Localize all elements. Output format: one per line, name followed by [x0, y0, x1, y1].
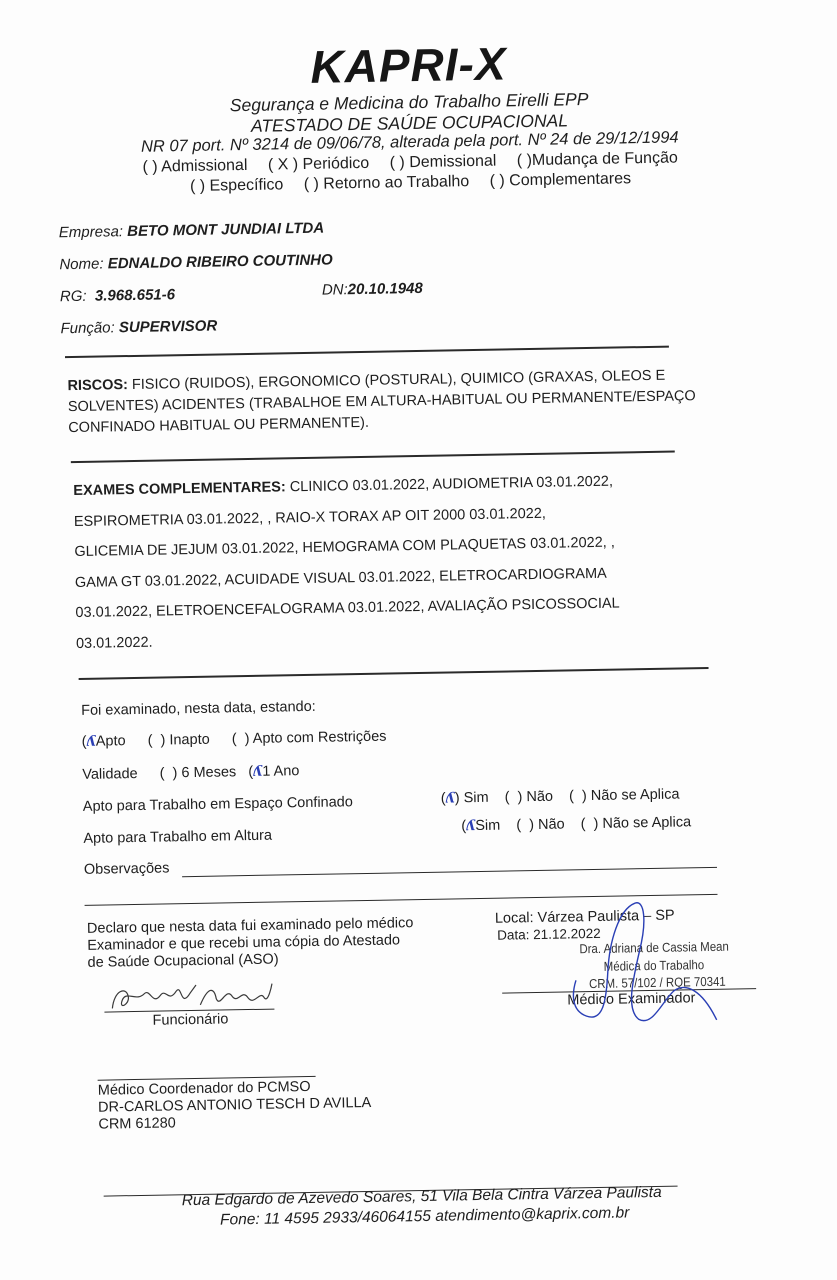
empresa-value: BETO MONT JUNDIAI LTDA	[127, 220, 324, 240]
confinado-nao: ( ) Não	[505, 789, 554, 806]
exames-section: EXAMES COMPLEMENTARES: CLINICO 03.01.202…	[73, 465, 716, 659]
exam-type-especifico: ( ) Específico	[190, 176, 284, 196]
funcao-value: SUPERVISOR	[119, 317, 218, 336]
validade-1-ano: (ʎ1 Ano	[248, 763, 299, 780]
coordinator-crm: CRM 61280	[98, 1112, 371, 1134]
field-rg: RG: 3.968.651-6	[60, 286, 175, 305]
field-empresa: Empresa: BETO MONT JUNDIAI LTDA	[59, 220, 325, 242]
exam-type-complementares: ( ) Complementares	[490, 170, 632, 190]
employee-signature-label: Funcionário	[152, 1011, 228, 1029]
exames-label: EXAMES COMPLEMENTARES:	[73, 479, 286, 499]
status-inapto: ( ) Inapto	[148, 732, 210, 749]
aso-document: KAPRI-X Segurança e Medicina do Trabalho…	[0, 0, 837, 1280]
altura-sim: (ʎSim	[461, 818, 500, 835]
declaration-text: Declaro que nesta data fui examinado pel…	[87, 915, 414, 972]
field-nome: Nome: EDNALDO RIBEIRO COUTINHO	[59, 251, 333, 273]
status-apto: (ʎApto	[82, 733, 126, 750]
altura-nao: ( ) Não	[516, 817, 565, 834]
confinado-sim: (ʎ) Sim	[441, 790, 489, 807]
divider	[71, 451, 675, 463]
nome-value: EDNALDO RIBEIRO COUTINHO	[108, 251, 333, 272]
riscos-label: RISCOS:	[67, 377, 128, 394]
field-funcao: Função: SUPERVISOR	[60, 317, 217, 337]
observacoes-label: Observações	[84, 860, 170, 877]
pen-check-mark: ʎ	[445, 789, 455, 806]
riscos-text: FISICO (RUIDOS), ERGONOMICO (POSTURAL), …	[68, 368, 696, 436]
divider	[65, 346, 669, 358]
altura-label: Apto para Trabalho em Altura	[83, 828, 272, 847]
status-apto-restricoes: ( ) Apto com Restrições	[232, 729, 387, 748]
altura-options: (ʎSim ( ) Não ( ) Não se Aplica	[461, 813, 691, 834]
status-options: (ʎApto ( ) Inapto ( ) Apto com Restriçõe…	[82, 728, 387, 750]
field-dn: DN:20.10.1948	[322, 280, 423, 299]
exam-type-periodico: ( X ) Periódico	[268, 155, 370, 175]
altura-nao-se-aplica: ( ) Não se Aplica	[581, 814, 692, 832]
pen-check-mark: ʎ	[86, 733, 96, 750]
rg-value: 3.968.651-6	[95, 286, 175, 304]
confinado-label: Apto para Trabalho em Espaço Confinado	[83, 794, 353, 815]
validade-6-meses: ( ) 6 Meses	[160, 764, 237, 781]
dn-value: 20.10.1948	[348, 280, 423, 298]
exam-type-demissional: ( ) Demissional	[390, 153, 497, 173]
examiner-signature	[564, 890, 736, 1033]
riscos-section: RISCOS: FISICO (RUIDOS), ERGONOMICO (POS…	[67, 365, 728, 440]
pen-check-mark: ʎ	[466, 817, 476, 834]
observacoes-line	[182, 867, 717, 878]
divider	[79, 667, 709, 679]
exam-type-mudanca-funcao: ( )Mudança de Função	[517, 149, 678, 170]
exam-type-retorno: ( ) Retorno ao Trabalho	[304, 173, 470, 194]
result-intro: Foi examinado, nesta data, estando:	[81, 699, 316, 719]
confinado-options: (ʎ) Sim ( ) Não ( ) Não se Aplica	[441, 785, 680, 806]
coordinator-block: Médico Coordenador do PCMSO DR-CARLOS AN…	[98, 1078, 372, 1134]
pen-check-mark: ʎ	[253, 763, 263, 780]
validade-options: Validade ( ) 6 Meses (ʎ1 Ano	[82, 762, 299, 783]
confinado-nao-se-aplica: ( ) Não se Aplica	[569, 786, 680, 804]
exam-type-admissional: ( ) Admissional	[142, 157, 247, 177]
